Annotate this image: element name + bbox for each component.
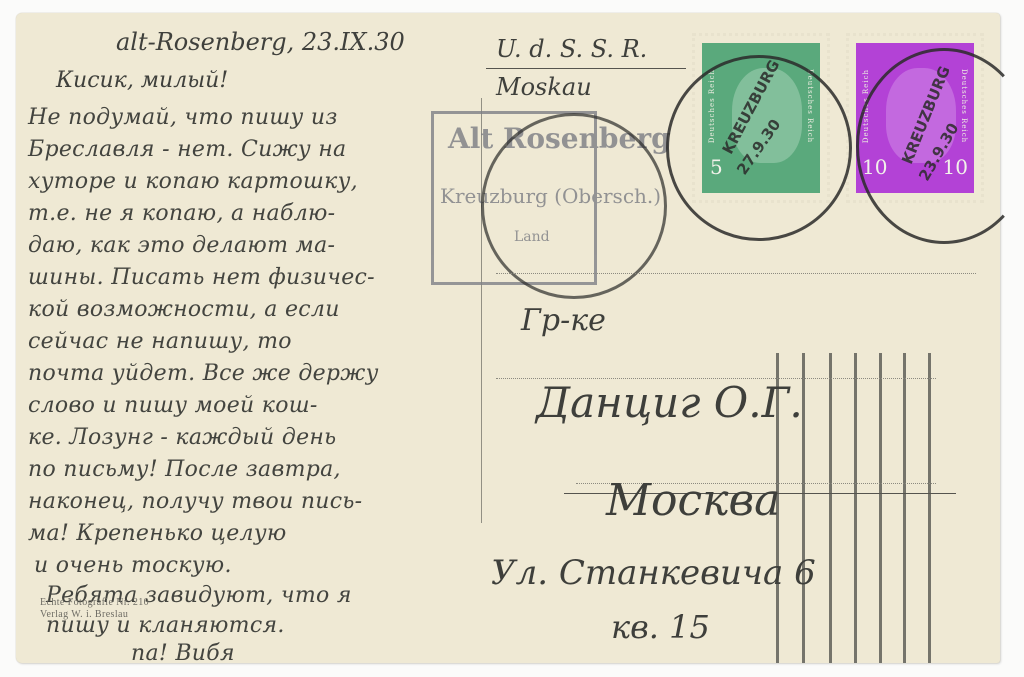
message-line: кой возможности, а если [28,297,340,322]
message-line: шины. Писать нет физичес- [28,265,375,290]
message-line: слово и пишу моей кош- [28,393,318,418]
signature-line: па! Вибя [131,641,235,666]
country-underline [486,68,686,69]
message-line: Не подумай, что пишу из [28,105,338,130]
address-name: Данциг О.Г. [536,378,803,427]
cancel-bar [928,353,931,663]
address-apartment: кв. 15 [611,608,710,646]
message-line: и очень тоскую. [34,553,232,578]
place-date: alt-Rosenberg, 23.IX.30 [116,28,405,56]
postmark-arrival [481,113,667,299]
address-street: Ул. Станкевича 6 [491,553,816,593]
message-line: сейчас не напишу, то [28,329,292,354]
cancel-bar [903,353,906,663]
cancel-bar [854,353,857,663]
destination-city-de: Moskau [496,73,592,101]
message-line: наконец, получу твои пись- [28,489,362,514]
message-line: Бреславля - нет. Сижу на [28,137,346,162]
message-line: т.е. не я копаю, а наблю- [28,201,335,226]
message-line: ма! Крепенько целую [28,521,287,546]
postmark-kreuzburg-2: KREUZBURG 23.9.30 [856,48,1024,244]
imprint-line-1: Echte Fotografie Nr. 210 [40,597,149,608]
message-line: почта уйдет. Все же держу [28,361,379,386]
postcard-back: alt-Rosenberg, 23.IX.30 Кисик, милый! Не… [16,13,1000,663]
cancel-bar [829,353,832,663]
greeting: Кисик, милый! [56,68,228,93]
postmark-kreuzburg-1: KREUZBURG 27.9.30 [666,55,852,241]
imprint-line-2: Verlag W. i. Breslau [40,609,128,620]
cancel-bar [879,353,882,663]
address-city: Москва [606,475,780,526]
address-rule [496,273,976,274]
destination-country: U. d. S. S. R. [496,35,647,63]
message-line: хуторе и копаю картошку, [28,169,358,194]
message-line: даю, как это делают ма- [28,233,335,258]
message-line: ке. Лозунг - каждый день [28,425,336,450]
address-salutation: Гр-ке [521,303,606,338]
message-line: по письму! После завтра, [28,457,341,482]
